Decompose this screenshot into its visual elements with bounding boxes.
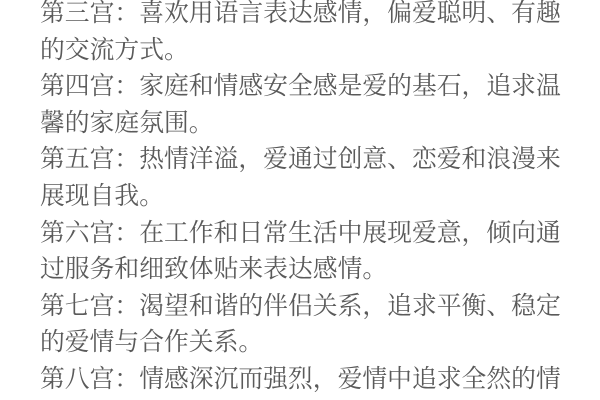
- text-line: 馨的家庭氛围。: [40, 106, 580, 143]
- text-line: 第六宫：在工作和日常生活中展现爱意，倾向通: [40, 216, 580, 253]
- text-line: 第五宫：热情洋溢，爱通过创意、恋爱和浪漫来: [40, 142, 580, 179]
- text-line: 第七宫：渴望和谐的伴侣关系，追求平衡、稳定: [40, 289, 580, 326]
- page: 第三宫：喜欢用语言表达感情，偏爱聪明、有趣 的交流方式。 第四宫：家庭和情感安全…: [0, 0, 600, 400]
- text-line: 过服务和细致体贴来表达感情。: [40, 252, 580, 289]
- text-line: 的交流方式。: [40, 33, 580, 70]
- text-line: 第四宫：家庭和情感安全感是爱的基石，追求温: [40, 69, 580, 106]
- text-line: 的爱情与合作关系。: [40, 325, 580, 362]
- text-line: 第三宫：喜欢用语言表达感情，偏爱聪明、有趣: [40, 0, 580, 33]
- text-content: 第三宫：喜欢用语言表达感情，偏爱聪明、有趣 的交流方式。 第四宫：家庭和情感安全…: [40, 0, 580, 399]
- text-line: 第八宫：情感深沉而强烈，爱情中追求全然的情: [40, 362, 580, 399]
- text-line: 展现自我。: [40, 179, 580, 216]
